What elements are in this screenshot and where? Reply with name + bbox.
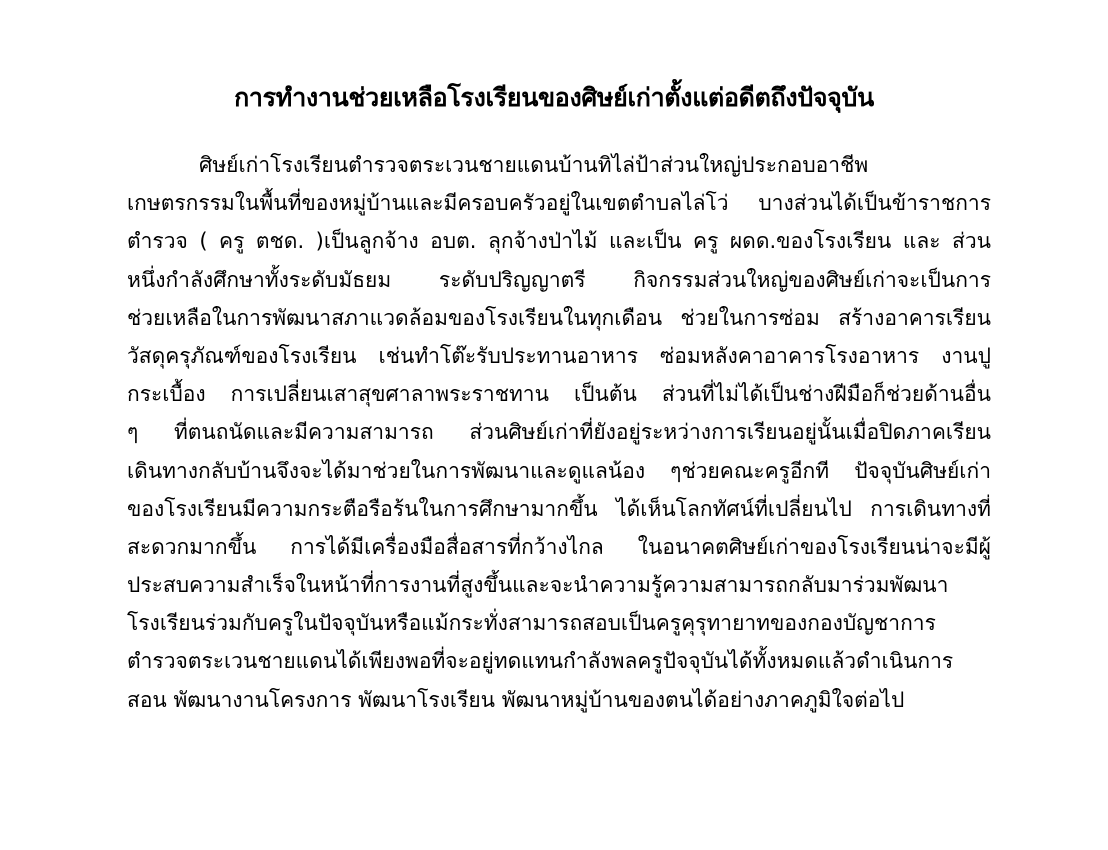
paragraph-line: เกษตรกรรมในพื้นที่ของหมู่บ้านและมีครอบคร… <box>127 184 991 222</box>
paragraph-line: ของโรงเรียนมีความกระตือรือร้นในการศึกษาม… <box>127 490 991 528</box>
document-title: การทำงานช่วยเหลือโรงเรียนของศิษย์เก่าตั้… <box>0 78 1108 118</box>
paragraph-line: ศิษย์เก่าโรงเรียนตำรวจตระเวนชายแดนบ้านทิ… <box>127 146 991 184</box>
paragraph-line: ๆ ที่ตนถนัดและมีความสามารถ ส่วนศิษย์เก่า… <box>127 413 991 451</box>
paragraph-line: สอน พัฒนางานโครงการ พัฒนาโรงเรียน พัฒนาห… <box>127 681 991 719</box>
document-page: การทำงานช่วยเหลือโรงเรียนของศิษย์เก่าตั้… <box>0 0 1108 850</box>
paragraph-line: โรงเรียนร่วมกับครูในปัจจุบันหรือแม้กระทั… <box>127 604 991 642</box>
paragraph-line: สะดวกมากขึ้น การได้มีเครื่องมือสื่อสารที… <box>127 528 991 566</box>
paragraph-line: กระเบื้อง การเปลี่ยนเสาสุขศาลาพระราชทาน … <box>127 375 991 413</box>
paragraph-line: หนึ่งกำลังศึกษาทั้งระดับมัธยม ระดับปริญญ… <box>127 261 991 299</box>
paragraph-line: เดินทางกลับบ้านจึงจะได้มาช่วยในการพัฒนาแ… <box>127 452 991 490</box>
paragraph-line: ตำรวจตระเวนชายแดนได้เพียงพอที่จะอยู่ทดแท… <box>127 642 991 680</box>
paragraph-line: ช่วยเหลือในการพัฒนาสภาแวดล้อมของโรงเรียน… <box>127 299 991 337</box>
paragraph-line: ประสบความสำเร็จในหน้าที่การงานที่สูงขึ้น… <box>127 566 991 604</box>
paragraph-line: ตำรวจ ( ครู ตชด. )เป็นลูกจ้าง อบต. ลุกจ้… <box>127 222 991 260</box>
paragraph-line: วัสดุครุภัณฑ์ของโรงเรียน เช่นทำโต๊ะรับปร… <box>127 337 991 375</box>
document-paragraph: ศิษย์เก่าโรงเรียนตำรวจตระเวนชายแดนบ้านทิ… <box>127 146 991 719</box>
